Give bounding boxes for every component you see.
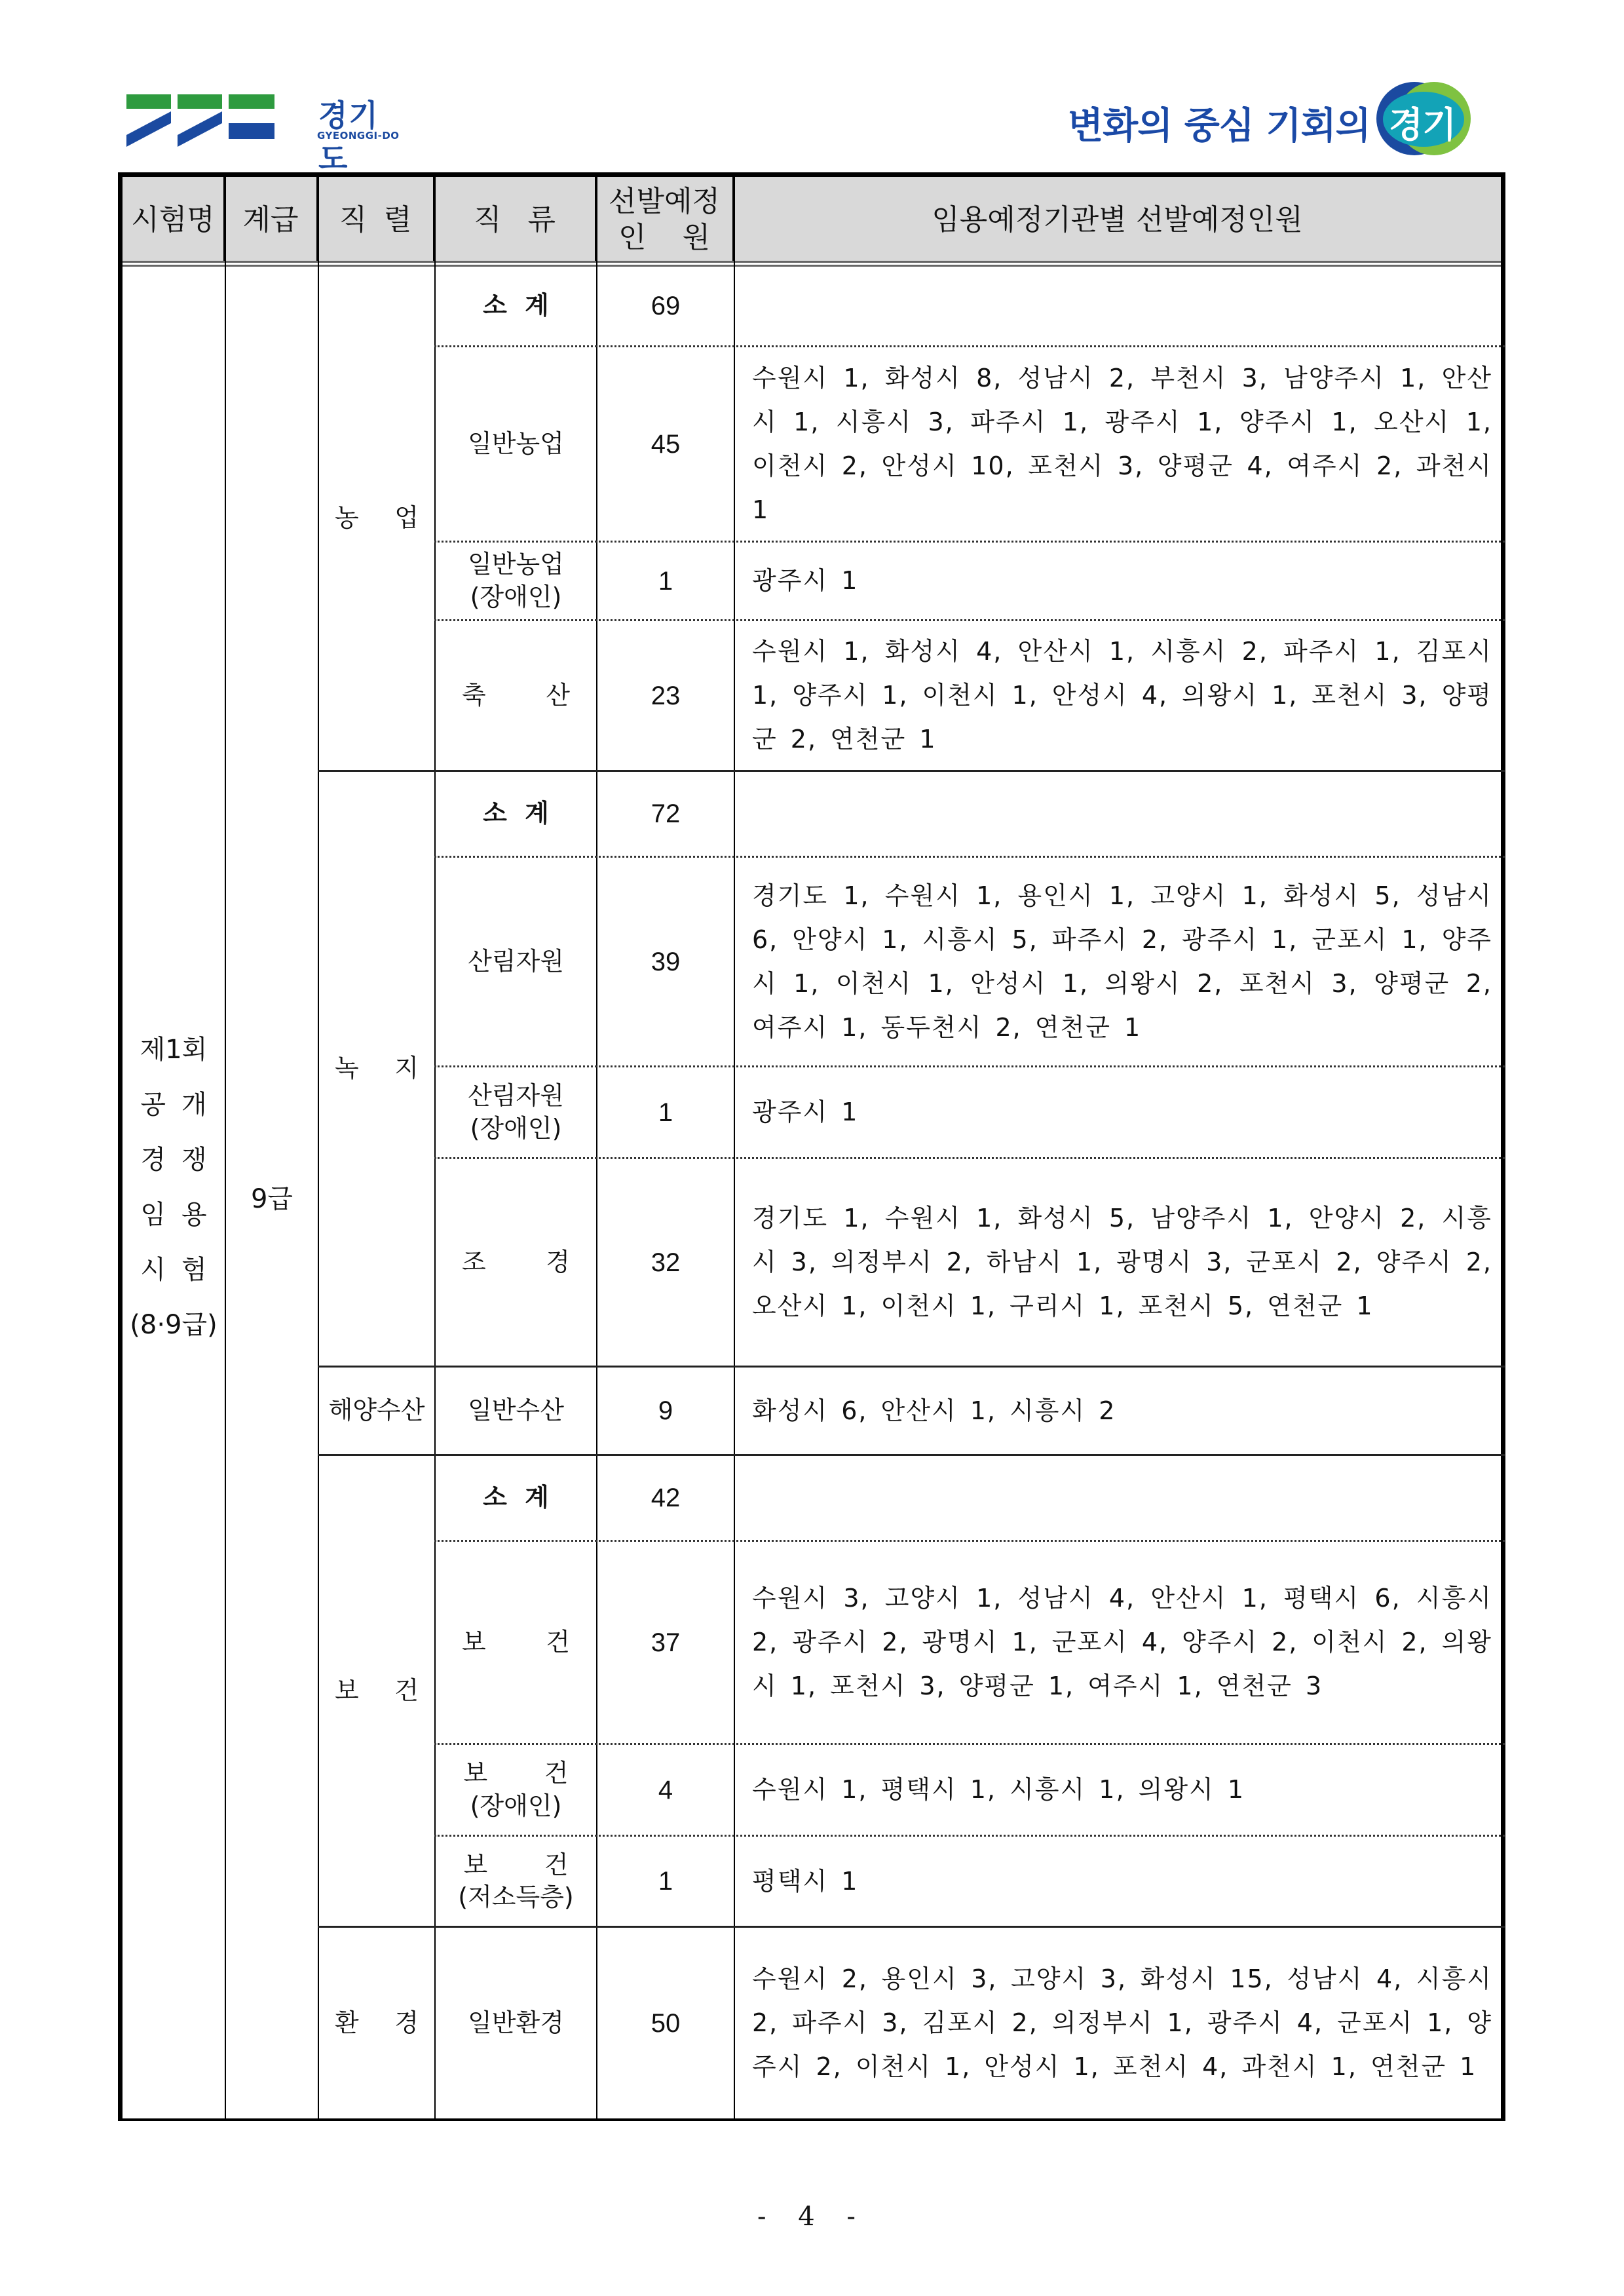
series-char: 환: [335, 2005, 359, 2041]
col-header-category-char: 직: [474, 202, 502, 238]
allocation-cell: 수원시 1, 화성시 8, 성남시 2, 부천시 3, 남양주시 1, 안산시 …: [752, 347, 1492, 541]
allocation-text: 경기도 1, 수원시 1, 용인시 1, 고양시 1, 화성시 5, 성남시 6…: [752, 874, 1492, 1050]
count-cell: 37: [597, 1542, 734, 1743]
category-cell: 일반환경: [436, 1928, 596, 2118]
page-number: - 4 -: [655, 2202, 970, 2232]
allocation-cell: 수원시 1, 화성시 4, 안산시 1, 시흥시 2, 파주시 1, 김포시 1…: [752, 621, 1492, 770]
col-header-count-line1: 선발예정: [609, 183, 720, 220]
allocation-cell: 경기도 1, 수원시 1, 용인시 1, 고양시 1, 화성시 5, 성남시 6…: [752, 858, 1492, 1065]
series-char: 녹: [335, 1050, 359, 1086]
category-subtotal: 소 계: [436, 772, 596, 856]
allocation-cell: 광주시 1: [752, 1067, 1492, 1157]
category-cell: 일반농업: [436, 347, 596, 541]
category-label: 보 건: [464, 1757, 569, 1789]
allocation-text: 수원시 1, 화성시 8, 성남시 2, 부천시 3, 남양주시 1, 안산시 …: [752, 356, 1492, 532]
allocation-text: 수원시 3, 고양시 1, 성남시 4, 안산시 1, 평택시 6, 시흥시 2…: [752, 1577, 1492, 1708]
category-char: 축: [462, 678, 486, 714]
col-header-grade-label: 계급: [242, 202, 298, 238]
col-header-count-char: 원: [682, 220, 710, 256]
slogan-badge-text: 경기: [1389, 97, 1456, 147]
series-char: 경: [394, 2005, 419, 2041]
count-value: 4: [658, 1771, 673, 1809]
count-cell: 9: [597, 1368, 734, 1454]
series-cell-environment: 환 경: [319, 1928, 434, 2118]
col-divider: [734, 177, 735, 2120]
allocation-cell: 평택시 1: [752, 1837, 1492, 1926]
category-char: 경: [546, 1244, 570, 1280]
col-header-count-char: 인: [618, 220, 647, 256]
category-sublabel: (장애인): [470, 1113, 562, 1145]
allocation-text: 수원시 1, 평택시 1, 시흥시 1, 의왕시 1: [752, 1768, 1492, 1812]
allocation-text: 평택시 1: [752, 1860, 1492, 1904]
gyeonggi-do-logo: 경기도 GYEONGGI-DO: [126, 92, 402, 151]
col-header-count-line2: 인 원: [618, 220, 710, 256]
series-cell-greenery: 녹 지: [319, 772, 434, 1366]
count-cell: 4: [597, 1745, 734, 1835]
exam-name-line: 경쟁: [123, 1132, 225, 1187]
count-cell: 72: [597, 772, 734, 856]
slogan-text: 변화의 중심 기회의: [1068, 97, 1370, 149]
category-char: 조: [462, 1244, 486, 1280]
count-value: 69: [651, 287, 681, 325]
col-header-allocation-label: 임용예정기관별 선발예정인원: [932, 202, 1303, 238]
allocation-cell: 수원시 1, 평택시 1, 시흥시 1, 의왕시 1: [752, 1745, 1492, 1835]
count-cell: 45: [597, 347, 734, 541]
count-cell: 1: [597, 1067, 734, 1157]
allocation-text: 경기도 1, 수원시 1, 화성시 5, 남양주시 1, 안양시 2, 시흥시 …: [752, 1196, 1492, 1328]
count-value: 50: [651, 2004, 681, 2042]
category-char: 건: [544, 1757, 569, 1789]
allocation-text: 광주시 1: [752, 559, 1492, 603]
count-cell: 50: [597, 1928, 734, 2118]
category-cell: 축 산: [436, 621, 596, 770]
category-subtotal: 소 계: [436, 1456, 596, 1540]
category-label: 소 계: [483, 795, 549, 832]
category-char: 건: [546, 1624, 570, 1660]
category-sublabel: (장애인): [470, 1790, 562, 1822]
series-char: 농: [335, 500, 359, 536]
allocation-cell: 수원시 3, 고양시 1, 성남시 4, 안산시 1, 평택시 6, 시흥시 2…: [752, 1542, 1492, 1743]
category-label: 일반환경: [468, 2005, 564, 2041]
allocation-text: 수원시 1, 화성시 4, 안산시 1, 시흥시 2, 파주시 1, 김포시 1…: [752, 630, 1492, 761]
exam-name-line: 임용: [123, 1187, 225, 1242]
category-cell: 일반농업 (장애인): [436, 543, 596, 619]
col-header-category-char: 류: [527, 202, 556, 238]
category-char: 산: [546, 678, 570, 714]
exam-name-cell: 제1회 공개 경쟁 임용 시험 (8·9급): [123, 1022, 225, 1352]
count-value: 1: [658, 1094, 673, 1132]
series-char: 지: [394, 1050, 419, 1086]
allocation-cell: 화성시 6, 안산시 1, 시흥시 2: [752, 1368, 1492, 1454]
col-header-exam-label: 시험명: [131, 202, 215, 238]
exam-name-line: 공개: [123, 1077, 225, 1132]
category-label: 보 건: [464, 1849, 569, 1881]
exam-name-line: 시험: [123, 1242, 225, 1297]
category-cell: 보 건: [436, 1542, 596, 1743]
allocation-cell: 수원시 2, 용인시 3, 고양시 3, 화성시 15, 성남시 4, 시흥시 …: [752, 1928, 1492, 2118]
table-bottom-border: [118, 2118, 1505, 2121]
category-cell: 일반수산: [436, 1368, 596, 1454]
category-cell: 산림자원 (장애인): [436, 1067, 596, 1157]
category-cell: 보 건 (저소득층): [436, 1837, 596, 1926]
count-value: 37: [651, 1624, 681, 1662]
count-value: 42: [651, 1479, 681, 1517]
count-value: 39: [651, 943, 681, 981]
exam-name-line: (8·9급): [123, 1297, 225, 1352]
category-cell: 조 경: [436, 1159, 596, 1366]
table-top-rule: [118, 172, 1505, 177]
category-cell: 산림자원: [436, 858, 596, 1065]
count-cell: 42: [597, 1456, 734, 1540]
allocation-text: 화성시 6, 안산시 1, 시흥시 2: [752, 1389, 1492, 1433]
col-header-exam: 시험명: [123, 177, 225, 262]
category-label: 소 계: [483, 288, 549, 324]
category-char: 건: [544, 1849, 569, 1881]
count-value: 72: [651, 795, 681, 833]
col-header-grade: 계급: [225, 177, 318, 262]
series-char: 보: [335, 1673, 359, 1709]
series-cell-agriculture: 농 업: [319, 267, 434, 770]
category-label: 산림자원: [468, 1080, 564, 1112]
gyeonggi-symbol-icon: [126, 92, 303, 151]
allocation-text: 광주시 1: [752, 1090, 1492, 1134]
exam-name-line: 제1회: [123, 1022, 225, 1077]
category-sublabel: (장애인): [470, 581, 562, 613]
count-cell: 1: [597, 1837, 734, 1926]
series-label: 해양수산: [329, 1392, 425, 1428]
grade-cell: 9급: [226, 1160, 318, 1238]
grade-value: 9급: [251, 1180, 293, 1218]
allocation-text: 수원시 2, 용인시 3, 고양시 3, 화성시 15, 성남시 4, 시흥시 …: [752, 1957, 1492, 2089]
count-cell: 23: [597, 621, 734, 770]
count-value: 32: [651, 1244, 681, 1282]
col-header-allocation: 임용예정기관별 선발예정인원: [734, 177, 1505, 262]
table-right-border: [1501, 172, 1505, 2120]
allocation-cell: 광주시 1: [752, 543, 1492, 619]
category-cell: 보 건 (장애인): [436, 1745, 596, 1835]
col-header-series: 직 렬: [318, 177, 434, 262]
series-cell-health: 보 건: [319, 1456, 434, 1926]
series-char: 업: [394, 500, 419, 536]
category-subtotal: 소 계: [436, 267, 596, 345]
col-header-series-char: 직: [339, 202, 368, 238]
count-cell: 69: [597, 267, 734, 345]
count-value: 1: [658, 562, 673, 600]
count-value: 9: [658, 1392, 673, 1430]
series-cell-marine-fisheries: 해양수산: [319, 1368, 434, 1454]
category-label: 일반농업: [468, 548, 564, 581]
category-label: 일반농업: [468, 426, 564, 462]
table-left-border: [118, 172, 123, 2120]
allocation-cell: 경기도 1, 수원시 1, 화성시 5, 남양주시 1, 안양시 2, 시흥시 …: [752, 1159, 1492, 1366]
slogan-logo: 변화의 중심 기회의 경기: [1068, 77, 1513, 163]
org-name-english: GYEONGGI-DO: [317, 130, 400, 142]
count-value: 23: [651, 677, 681, 715]
count-cell: 39: [597, 858, 734, 1065]
category-label: 산림자원: [468, 944, 564, 980]
category-char: 보: [464, 1757, 488, 1789]
col-header-series-char: 렬: [384, 202, 412, 238]
count-cell: 32: [597, 1159, 734, 1366]
count-value: 45: [651, 425, 681, 463]
category-label: 소 계: [483, 1480, 549, 1516]
count-value: 1: [658, 1862, 673, 1900]
col-divider: [225, 177, 226, 2120]
series-char: 건: [394, 1673, 419, 1709]
col-header-count: 선발예정 인 원: [596, 177, 734, 262]
header-double-rule: [118, 261, 1505, 267]
category-char: 보: [462, 1624, 486, 1660]
col-header-category: 직 류: [434, 177, 596, 262]
category-sublabel: (저소득층): [458, 1881, 573, 1913]
category-char: 보: [464, 1849, 488, 1881]
category-label: 일반수산: [468, 1392, 564, 1428]
count-cell: 1: [597, 543, 734, 619]
